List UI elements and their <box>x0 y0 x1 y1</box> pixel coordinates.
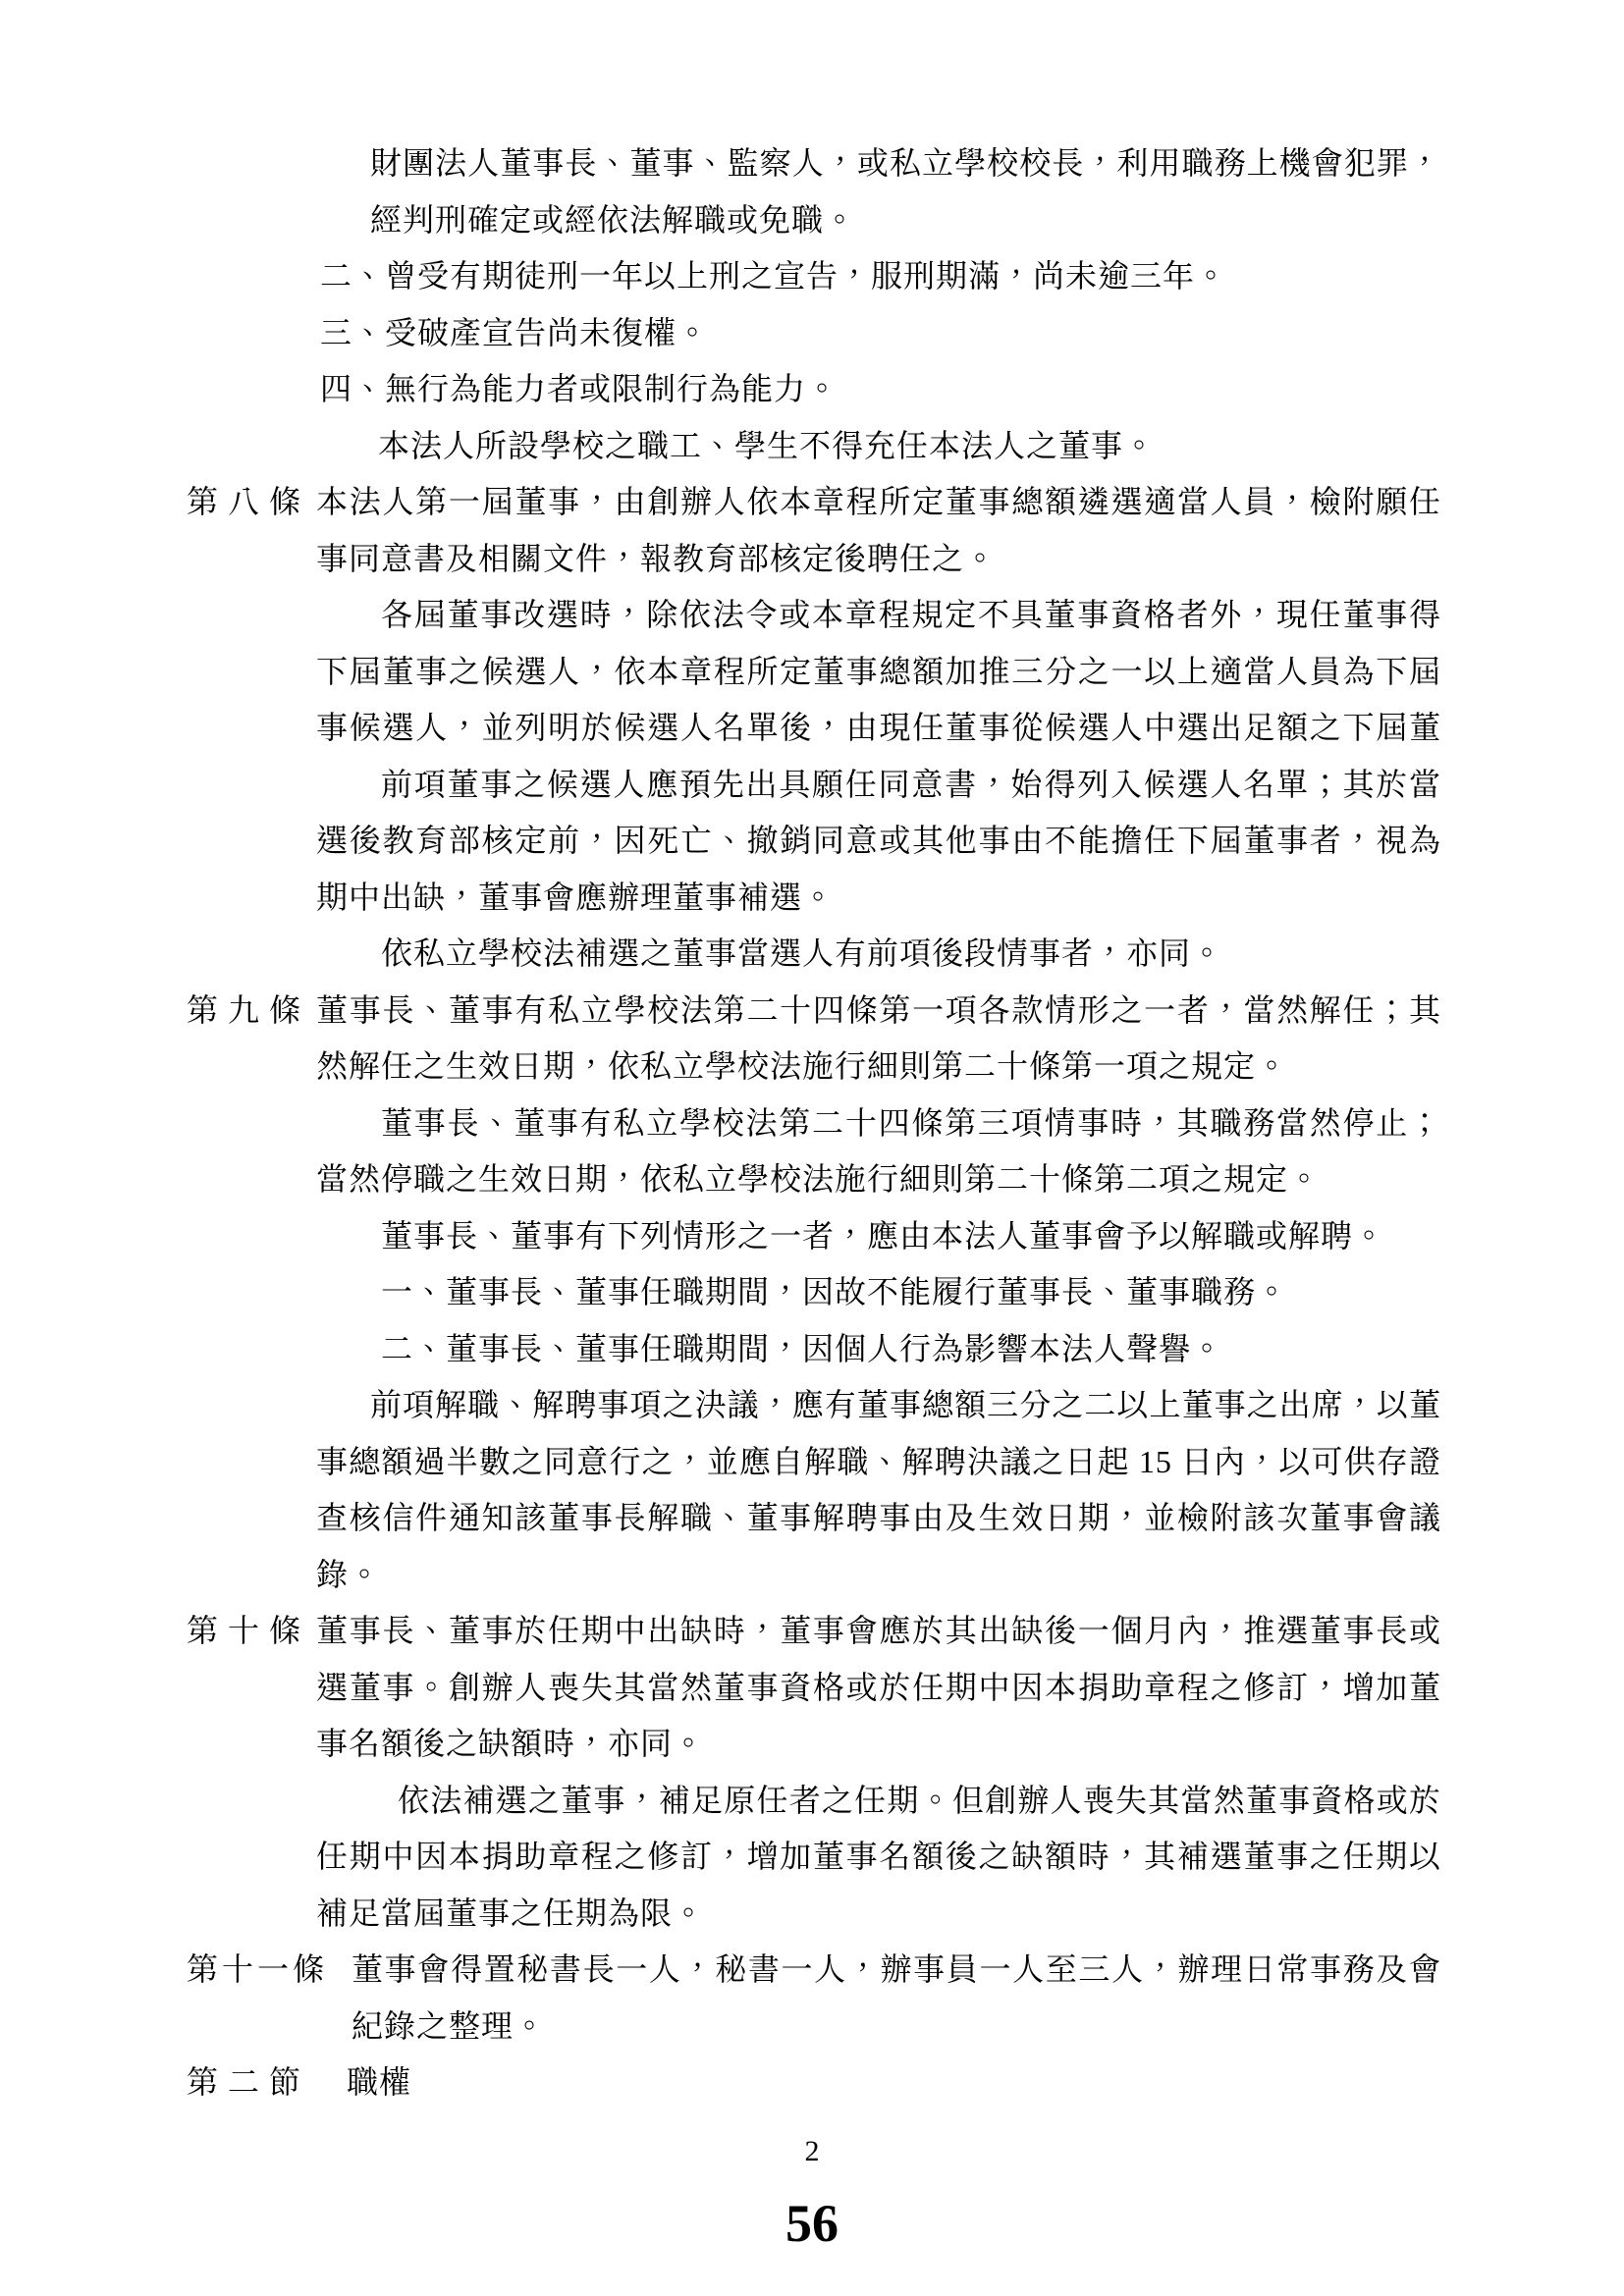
article-label: 第十一條 <box>187 1942 328 1999</box>
article-label: 第二節 <box>187 2055 310 2111</box>
line-text: 紀錄之整理。 <box>352 1999 1624 2056</box>
line-text: 選後教育部核定前，因死亡、撤銷同意或其他事由不能擔任下屆董事者，視為任 <box>316 813 1441 870</box>
text-line: 第二節職權 <box>0 2055 1624 2111</box>
line-text: 三、受破產宣告尚未復權。 <box>320 305 1624 362</box>
text-line: 第八條本法人第一屆董事，由創辦人依本章程所定董事總額遴選適當人員，檢附願任董 <box>0 474 1624 531</box>
text-line: 然解任之生效日期，依私立學校法施行細則第二十條第一項之規定。 <box>0 1039 1624 1095</box>
text-line: 前項解職、解聘事項之決議，應有董事總額三分之二以上董事之出席，以董 <box>0 1377 1624 1434</box>
text-line: 期中出缺，董事會應辦理董事補選。 <box>0 870 1624 927</box>
line-text: 四、無行為能力者或限制行為能力。 <box>320 361 1624 418</box>
text-line: 一、董事長、董事任職期間，因故不能履行董事長、董事職務。 <box>0 1264 1624 1321</box>
text-line: 財團法人董事長、董事、監察人，或私立學校校長，利用職務上機會犯罪， <box>0 135 1624 192</box>
text-line: 本法人所設學校之職工、學生不得充任本法人之董事。 <box>0 418 1624 475</box>
line-text: 下屆董事之候選人，依本章程所定董事總額加推三分之一以上適當人員為下屆董 <box>316 644 1441 701</box>
text-line: 錄。 <box>0 1547 1624 1604</box>
line-text: 經判刑確定或經依法解職或免職。 <box>370 192 1624 249</box>
line-text: 事同意書及相關文件，報教育部核定後聘任之。 <box>316 531 1624 588</box>
text-line: 第十條董事長、董事於任期中出缺時，董事會應於其出缺後一個月內，推選董事長或補 <box>0 1603 1624 1660</box>
text-line: 董事長、董事有下列情形之一者，應由本法人董事會予以解職或解聘。 <box>0 1208 1624 1265</box>
line-text: 職權 <box>347 2055 1624 2111</box>
text-line: 第十一條董事會得置秘書長一人，秘書一人，辦事員一人至三人，辦理日常事務及會議 <box>0 1942 1624 1999</box>
text-line: 事候選人，並列明於候選人名單後，由現任董事從候選人中選出足額之下屆董事。 <box>0 700 1624 757</box>
line-text: 補足當屆董事之任期為限。 <box>316 1886 1624 1943</box>
line-text: 董事長、董事有下列情形之一者，應由本法人董事會予以解職或解聘。 <box>381 1208 1624 1265</box>
document-page: 財團法人董事長、董事、監察人，或私立學校校長，利用職務上機會犯罪，經判刑確定或經… <box>0 0 1624 2296</box>
line-text: 一、董事長、董事任職期間，因故不能履行董事長、董事職務。 <box>381 1264 1624 1321</box>
text-line: 事同意書及相關文件，報教育部核定後聘任之。 <box>0 531 1624 588</box>
line-text: 本法人所設學校之職工、學生不得充任本法人之董事。 <box>378 418 1624 475</box>
line-text: 董事長、董事有私立學校法第二十四條第三項情事時，其職務當然停止；其 <box>381 1095 1441 1152</box>
text-line: 事名額後之缺額時，亦同。 <box>0 1716 1624 1773</box>
text-line: 三、受破產宣告尚未復權。 <box>0 305 1624 362</box>
line-text: 事名額後之缺額時，亦同。 <box>316 1716 1624 1773</box>
line-text: 前項董事之候選人應預先出具願任同意書，始得列入候選人名單；其於當 <box>381 757 1441 814</box>
line-text: 選董事。創辦人喪失其當然董事資格或於任期中因本捐助章程之修訂，增加董 <box>316 1660 1441 1717</box>
line-text: 各屆董事改選時，除依法令或本章程規定不具董事資格者外，現任董事得為 <box>381 587 1441 644</box>
line-text: 任期中因本捐助章程之修訂，增加董事名額後之缺額時，其補選董事之任期以 <box>316 1829 1441 1886</box>
line-text: 查核信件通知該董事長解職、董事解聘事由及生效日期，並檢附該次董事會議紀 <box>316 1490 1441 1547</box>
text-line: 補足當屆董事之任期為限。 <box>0 1886 1624 1943</box>
line-text: 本法人第一屆董事，由創辦人依本章程所定董事總額遴選適當人員，檢附願任董 <box>316 474 1441 531</box>
line-text: 事候選人，並列明於候選人名單後，由現任董事從候選人中選出足額之下屆董事。 <box>316 700 1441 757</box>
line-text: 錄。 <box>316 1547 1624 1604</box>
page-number-large: 56 <box>0 2189 1624 2258</box>
article-label: 第九條 <box>187 983 310 1040</box>
line-text: 當然停職之生效日期，依私立學校法施行細則第二十條第二項之規定。 <box>316 1151 1624 1208</box>
line-text: 董事長、董事有私立學校法第二十四條第一項各款情形之一者，當然解任；其當 <box>316 983 1441 1040</box>
text-line: 紀錄之整理。 <box>0 1999 1624 2056</box>
text-line: 依法補選之董事，補足原任者之任期。但創辦人喪失其當然董事資格或於 <box>0 1773 1624 1830</box>
line-text: 二、董事長、董事任職期間，因個人行為影響本法人聲譽。 <box>381 1321 1624 1378</box>
text-line: 四、無行為能力者或限制行為能力。 <box>0 361 1624 418</box>
text-line: 董事長、董事有私立學校法第二十四條第三項情事時，其職務當然停止；其 <box>0 1095 1624 1152</box>
text-line: 第九條董事長、董事有私立學校法第二十四條第一項各款情形之一者，當然解任；其當 <box>0 983 1624 1040</box>
text-line: 任期中因本捐助章程之修訂，增加董事名額後之缺額時，其補選董事之任期以 <box>0 1829 1624 1886</box>
document-body: 財團法人董事長、董事、監察人，或私立學校校長，利用職務上機會犯罪，經判刑確定或經… <box>0 135 1624 2111</box>
text-line: 經判刑確定或經依法解職或免職。 <box>0 192 1624 249</box>
line-text: 期中出缺，董事會應辦理董事補選。 <box>316 870 1624 927</box>
text-line: 選後教育部核定前，因死亡、撤銷同意或其他事由不能擔任下屆董事者，視為任 <box>0 813 1624 870</box>
text-line: 選董事。創辦人喪失其當然董事資格或於任期中因本捐助章程之修訂，增加董 <box>0 1660 1624 1717</box>
text-line: 查核信件通知該董事長解職、董事解聘事由及生效日期，並檢附該次董事會議紀 <box>0 1490 1624 1547</box>
line-text: 財團法人董事長、董事、監察人，或私立學校校長，利用職務上機會犯罪， <box>370 135 1441 192</box>
article-label: 第八條 <box>187 474 310 531</box>
line-text: 二、曾受有期徒刑一年以上刑之宣告，服刑期滿，尚未逾三年。 <box>320 248 1624 305</box>
line-text: 事總額過半數之同意行之，並應自解職、解聘決議之日起 15 日內，以可供存證 <box>316 1434 1441 1491</box>
text-line: 前項董事之候選人應預先出具願任同意書，始得列入候選人名單；其於當 <box>0 757 1624 814</box>
text-line: 當然停職之生效日期，依私立學校法施行細則第二十條第二項之規定。 <box>0 1151 1624 1208</box>
line-text: 董事長、董事於任期中出缺時，董事會應於其出缺後一個月內，推選董事長或補 <box>316 1603 1441 1660</box>
line-text: 依私立學校法補選之董事當選人有前項後段情事者，亦同。 <box>381 926 1624 983</box>
text-line: 下屆董事之候選人，依本章程所定董事總額加推三分之一以上適當人員為下屆董 <box>0 644 1624 701</box>
page-number: 2 <box>0 2132 1624 2171</box>
line-text: 前項解職、解聘事項之決議，應有董事總額三分之二以上董事之出席，以董 <box>370 1377 1441 1434</box>
article-label: 第十條 <box>187 1603 310 1660</box>
text-line: 各屆董事改選時，除依法令或本章程規定不具董事資格者外，現任董事得為 <box>0 587 1624 644</box>
text-line: 依私立學校法補選之董事當選人有前項後段情事者，亦同。 <box>0 926 1624 983</box>
line-text: 依法補選之董事，補足原任者之任期。但創辦人喪失其當然董事資格或於 <box>398 1773 1441 1830</box>
text-line: 二、曾受有期徒刑一年以上刑之宣告，服刑期滿，尚未逾三年。 <box>0 248 1624 305</box>
text-line: 事總額過半數之同意行之，並應自解職、解聘決議之日起 15 日內，以可供存證 <box>0 1434 1624 1491</box>
line-text: 董事會得置秘書長一人，秘書一人，辦事員一人至三人，辦理日常事務及會議 <box>352 1942 1441 1999</box>
line-text: 然解任之生效日期，依私立學校法施行細則第二十條第一項之規定。 <box>316 1039 1624 1095</box>
text-line: 二、董事長、董事任職期間，因個人行為影響本法人聲譽。 <box>0 1321 1624 1378</box>
